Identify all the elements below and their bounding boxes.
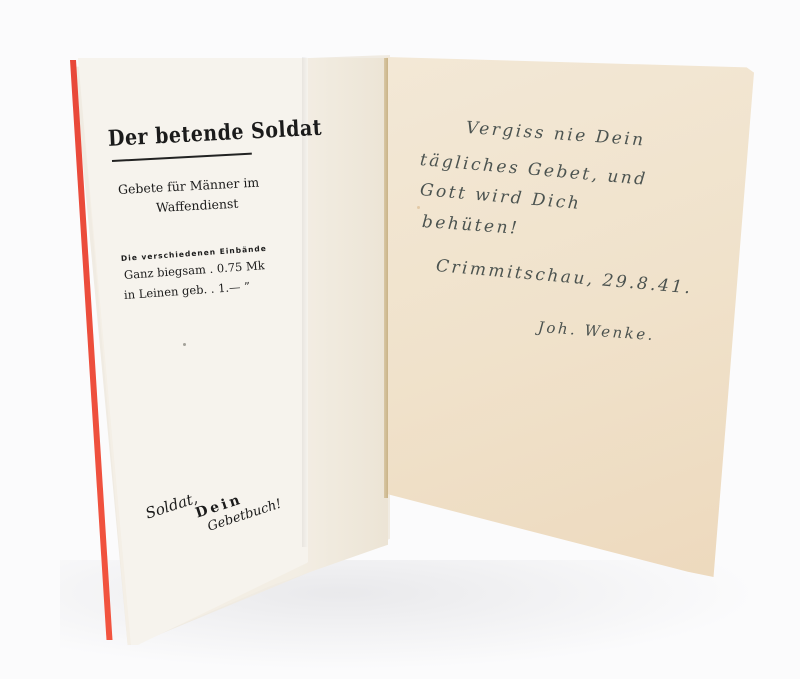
paper-speck: [183, 343, 186, 346]
paper-stain: [417, 206, 420, 209]
price-value: . 1.— ”: [210, 279, 250, 296]
book-spine: [384, 58, 388, 498]
photo-scene: Der betende Soldat Gebete für Männer im …: [0, 0, 800, 679]
